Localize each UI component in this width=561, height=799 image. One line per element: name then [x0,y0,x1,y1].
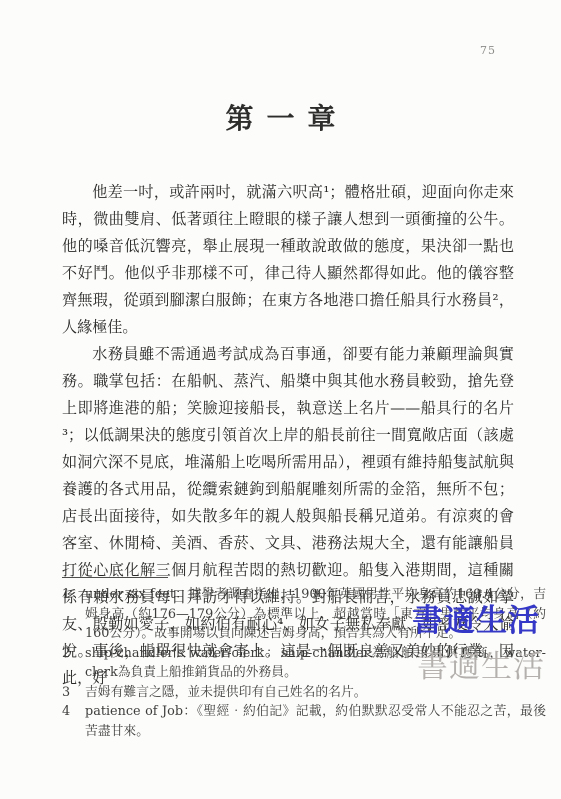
footnote-separator [62,577,168,578]
page-number: 75 [480,44,496,57]
footnote-text: patience of Job：《聖經‧約伯記》記載，約伯默默忍受常人不能忍之苦… [85,702,546,741]
footnote-item: 1 under six feet：據學者調查指出，1900年英國男性平均身高約1… [62,585,546,644]
paragraph-1: 他差一吋，或許兩吋，就滿六呎高¹；體格壯碩，迎面向你走來時，微曲雙肩、低著頭往上… [62,179,514,341]
footnote-item: 3 吉姆有難言之隱，並未提供印有自己姓名的名片。 [62,683,546,703]
footnote-item: 2 ship-chandler's water-clerk：ship-chand… [62,644,546,683]
footnote-item: 4 patience of Job：《聖經‧約伯記》記載，約伯默默忍受常人不能忍… [62,702,546,741]
footnote-number: 2 [62,644,85,683]
footnotes-block: 1 under six feet：據學者調查指出，1900年英國男性平均身高約1… [62,585,546,741]
footnote-text: 吉姆有難言之隱，並未提供印有自己姓名的名片。 [85,683,546,703]
chapter-title: 第一章 [0,97,561,137]
book-page: 75 第一章 他差一吋，或許兩吋，就滿六呎高¹；體格壯碩，迎面向你走來時，微曲雙… [0,0,561,799]
footnote-number: 3 [62,683,85,703]
footnote-text: under six feet：據學者調查指出，1900年英國男性平均身高約169… [85,585,546,644]
footnote-number: 1 [62,585,85,644]
footnote-text: ship-chandler's water-clerk：ship-chandle… [85,644,546,683]
footnote-number: 4 [62,702,85,741]
